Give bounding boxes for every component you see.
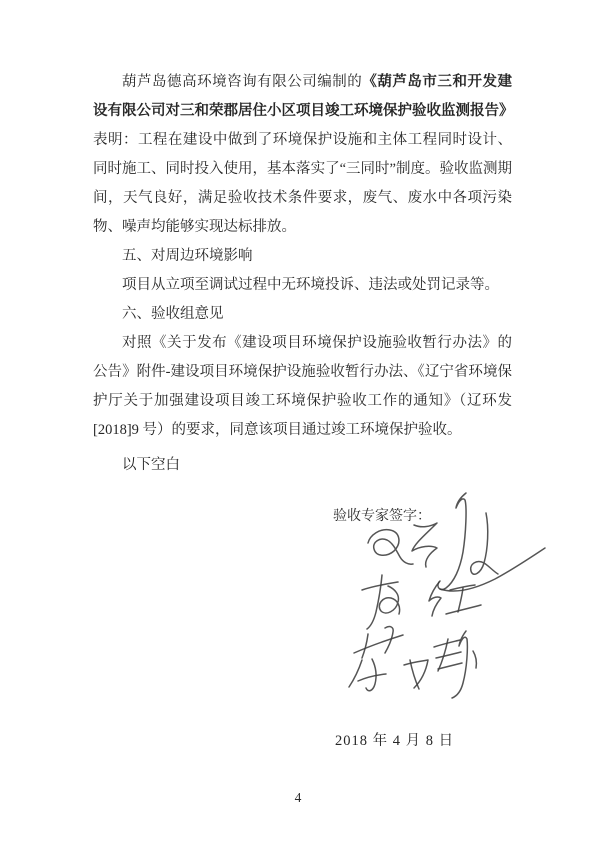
page-number: 4 xyxy=(0,790,596,806)
paragraph-lead-text: 葫芦岛德高环境咨询有限公司编制的 xyxy=(122,74,362,90)
section-5-heading: 五、对周边环境影响 xyxy=(93,242,512,271)
blank-below-note: 以下空白 xyxy=(93,451,512,480)
section-5-body: 项目从立项至调试过程中无环境投诉、违法或处罚记录等。 xyxy=(93,271,512,300)
section-6-body: 对照《关于发布《建设项目环境保护设施验收暂行办法》的公告》附件-建设项目环境保护… xyxy=(93,329,512,445)
signature-date: 2018 年 4 月 8 日 xyxy=(335,729,454,750)
document-page: 葫芦岛德高环境咨询有限公司编制的《葫芦岛市三和开发建设有限公司对三和荣郡居住小区… xyxy=(0,0,600,853)
conclusion-paragraph: 葫芦岛德高环境咨询有限公司编制的《葫芦岛市三和开发建设有限公司对三和荣郡居住小区… xyxy=(93,68,512,242)
paragraph-body-text: 表明：工程在建设中做到了环境保护设施和主体工程同时设计、同时施工、同时投入使用，… xyxy=(93,132,512,235)
signature-2-drawing xyxy=(362,575,481,629)
handwritten-signatures xyxy=(340,485,570,720)
signature-1-drawing xyxy=(368,493,545,591)
signature-3-drawing xyxy=(349,627,476,698)
document-body: 葫芦岛德高环境咨询有限公司编制的《葫芦岛市三和开发建设有限公司对三和荣郡居住小区… xyxy=(93,68,512,480)
section-6-heading: 六、验收组意见 xyxy=(93,300,512,329)
